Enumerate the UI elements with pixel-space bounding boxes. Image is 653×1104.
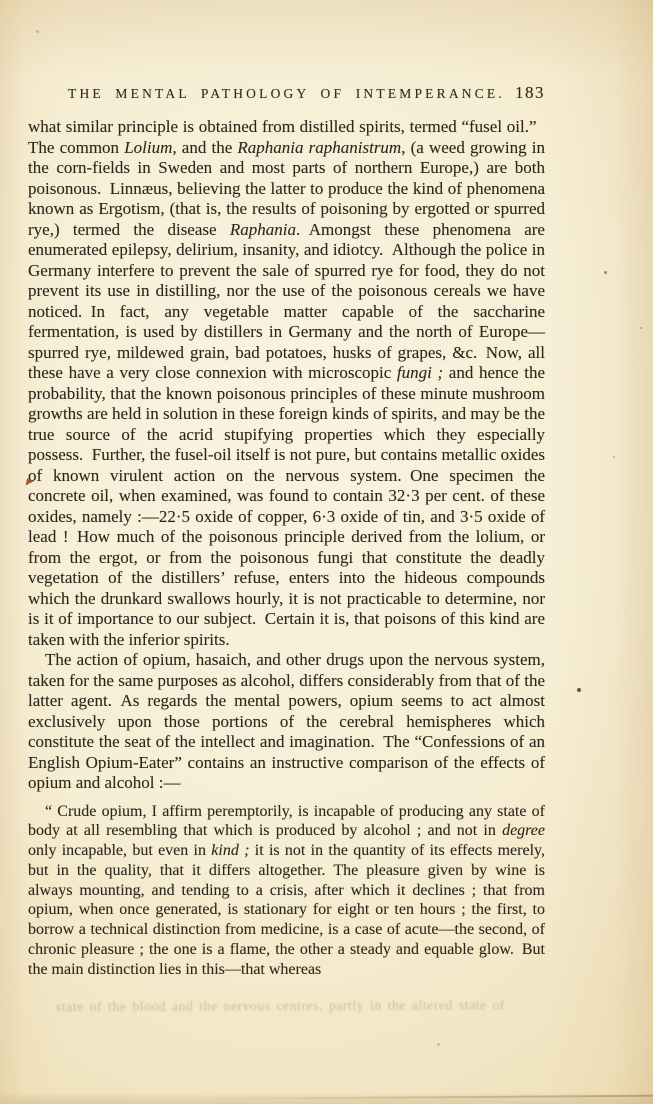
page-number: 183 (515, 83, 545, 103)
paper-speck (640, 327, 642, 329)
running-head: THE MENTAL PATHOLOGY OF INTEMPERANCE. 18… (28, 86, 545, 106)
running-head-title: THE MENTAL PATHOLOGY OF INTEMPERANCE. (28, 86, 545, 102)
paper-speck (36, 30, 39, 33)
paper-speck (437, 1043, 440, 1046)
paper-speck (613, 456, 615, 458)
paper-speck (577, 688, 581, 692)
paragraph-fusel-oil: what similar principle is obtained from … (28, 117, 545, 650)
bleed-through-text: state of the blood and the nervous centr… (56, 998, 620, 1014)
page-body: what similar principle is obtained from … (28, 117, 545, 980)
page-edge-shadow (0, 1092, 653, 1104)
book-page: THE MENTAL PATHOLOGY OF INTEMPERANCE. 18… (0, 0, 653, 1104)
paragraph-action-of-opium: The action of opium, hasaich, and other … (28, 650, 545, 794)
paper-speck (604, 271, 607, 274)
paragraph-opium-eater-quote: “ Crude opium, I affirm peremptorily, is… (28, 802, 545, 980)
